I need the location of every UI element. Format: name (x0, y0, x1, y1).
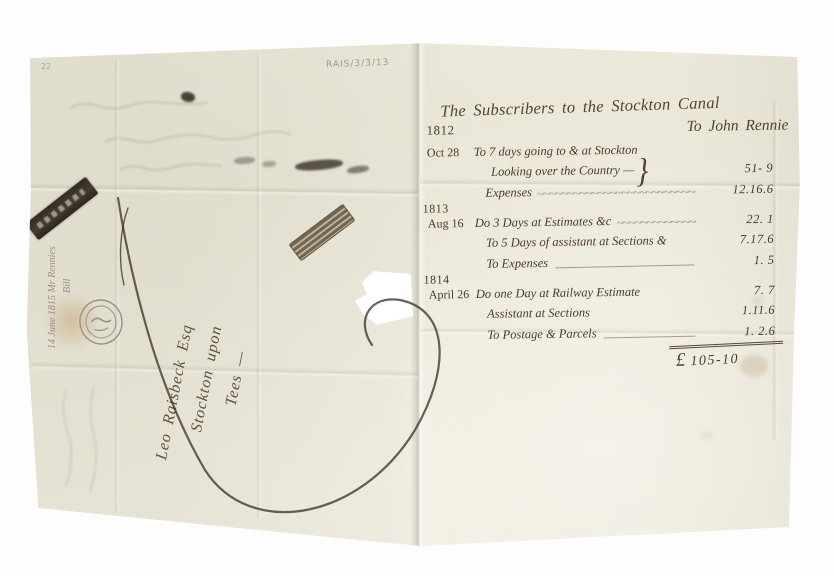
fill-rule-line (616, 214, 696, 229)
pen-flourish (90, 180, 470, 530)
entry-amount: 1. 5 (704, 251, 804, 269)
entry-description: To Expenses (486, 254, 548, 272)
bill-rows: Oct 28To 7 days going to & at StocktonLo… (427, 135, 806, 344)
entry-description: To Postage & Parcels (487, 325, 596, 344)
endorsement-line: 14 June 1815 Mr Rennies (45, 185, 60, 349)
bill-first-year: 1812 (426, 122, 454, 138)
endorsement-docket: 14 June 1815 Mr Rennies Bill (45, 185, 75, 349)
entry-date: Oct 28 (427, 143, 474, 161)
bill-total-row: £ 105-10 (430, 342, 806, 373)
bill-total-box: £ 105-10 (669, 340, 784, 372)
bill-row: 1813Aug 16Do 3 Days at Estimates &c22. 1 (428, 197, 804, 232)
entry-description: Expenses (485, 184, 532, 202)
entry-amount: 1. 2.6 (705, 322, 805, 340)
entry-day: Aug 16 (428, 214, 475, 232)
entry-day: April 26 (429, 285, 476, 303)
archive-reference-number: RAIS/3/3/13 (326, 58, 390, 70)
bill-row: 1814April 26Do one Day at Railway Estima… (429, 268, 805, 303)
pound-sign: £ (675, 349, 686, 371)
letter-sheet: 22 RAIS/3/3/13 (0, 0, 834, 576)
bill-total-amount: 105-10 (690, 351, 739, 369)
entry-amount: 22. 1 (704, 210, 804, 228)
endorsement-line: Bill (60, 185, 75, 349)
entry-description: Looking over the Country — (491, 162, 634, 181)
entry-amount: 51- 9 (703, 159, 803, 177)
entry-year: 1813 (423, 201, 475, 215)
fill-rule-line (553, 255, 696, 271)
bill-payee: To John Rennie (687, 117, 789, 136)
fill-rule-line (537, 184, 696, 200)
entry-description: To 5 Days of assistant at Sections & (486, 232, 667, 252)
fill-rule-line (601, 326, 697, 341)
entry-description: To 7 days going to & at Stockton (474, 141, 638, 160)
entry-year: 1814 (424, 272, 476, 286)
entry-date: 1813Aug 16 (428, 201, 475, 232)
entry-amount: 12.16.6 (703, 180, 803, 198)
entry-description: Assistant at Sections (487, 304, 590, 322)
stain-spot (700, 430, 714, 440)
photo-canvas: 22 RAIS/3/3/13 (0, 0, 834, 576)
entry-description: Do 3 Days at Estimates &c (475, 213, 612, 232)
entry-amount: 7.17.6 (704, 230, 804, 248)
entry-date: 1814April 26 (429, 272, 476, 303)
bill-row: To Postage & Parcels1. 2.6 (429, 318, 805, 344)
pencil-corner-mark: 22 (41, 62, 51, 71)
bill-panel: The Subscribers to the Stockton Canal 18… (426, 93, 806, 373)
entry-amount: 7. 7 (705, 281, 805, 299)
entry-amount: 1.11.6 (705, 301, 805, 319)
entry-day: Oct 28 (427, 143, 474, 161)
entry-description: Do one Day at Railway Estimate (476, 283, 640, 302)
